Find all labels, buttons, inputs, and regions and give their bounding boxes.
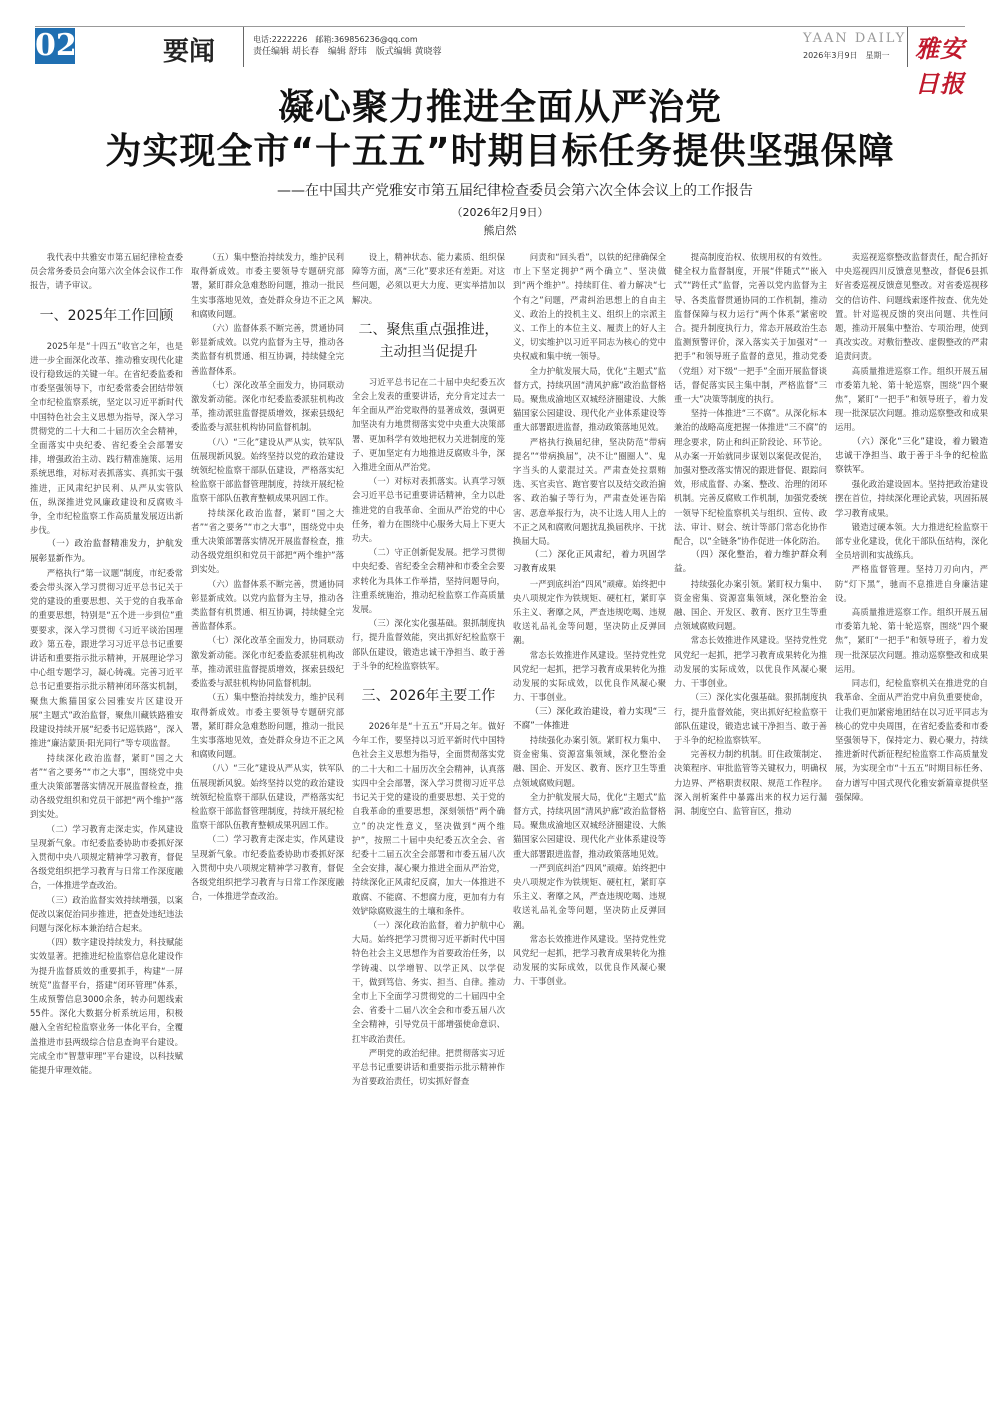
paragraph: 持续强化办案引领。紧盯权力集中、资金密集、资源富集领域，深化整治金融、国企、开发…: [674, 577, 827, 634]
paragraph: 持续深化政治监督，紧盯“国之大者”“省之要务”“市之大事”，围绕党中央重大决策部…: [191, 506, 344, 577]
paragraph: 问责和“回头看”，以铁的纪律确保全市上下坚定拥护“两个确立”、坚决做到“两个维护…: [513, 250, 666, 364]
paragraph: （八）“三化”建设从严从实，铁军队伍展现新风貌。始终坚持以党的政治建设统领纪检监…: [191, 435, 344, 506]
column-4: 问责和“回头看”，以铁的纪律确保全市上下坚定拥护“两个确立”、坚决做到“两个维护…: [513, 250, 666, 1340]
paragraph: 提高制度治权、依规用权的有效性。健全权力监督制度，开展“伴随式”“嵌入式”“跨任…: [674, 250, 827, 406]
paragraph: （八）“三化”建设从严从实，铁军队伍展现新风貌。始终坚持以党的政治建设统领纪检监…: [191, 761, 344, 832]
divider: [907, 27, 908, 67]
section-heading-2: 二、聚焦重点强推进，主动担当促提升: [352, 319, 505, 363]
subsection-heading: （二）深化正风肃纪，着力巩固学习教育成果: [513, 548, 666, 576]
paragraph: 设上，精神状态、能力素质、组织保障等方面，离“三化”要求还有差距。对这些问题，必…: [352, 250, 505, 307]
paragraph: （一）对标对表抓落实。认真学习领会习近平总书记重要讲话精神，全力以赴推进党的自我…: [352, 474, 505, 545]
page-number: 02: [35, 28, 75, 64]
intro-paragraph: 我代表中共雅安市第五届纪律检查委员会常务委员会向第六次全体会议作工作报告，请予审…: [30, 250, 183, 293]
author-byline: 熊启然: [0, 222, 1000, 238]
column-1: 我代表中共雅安市第五届纪律检查委员会常务委员会向第六次全体会议作工作报告，请予审…: [30, 250, 183, 1340]
paragraph: （二）学习教育走深走实，作风建设呈现新气象。市纪委监委协助市委抓好深入贯彻中央八…: [191, 832, 344, 903]
paragraph: 全力护航发展大局，优化“主题式”监督方式，持续巩固“清风护廊”政治监督格局。聚焦…: [513, 364, 666, 435]
paragraph: （三）深化实化强基础。狠抓制度执行，提升监督效能，突出抓好纪检监察干部队伍建设，…: [352, 616, 505, 673]
editors-line: 责任编辑 胡长春 编辑 舒玮 版式编辑 黄晓蓉: [253, 46, 442, 59]
paragraph: 严明党的政治纪律。把贯彻落实习近平总书记重要讲话和重要指示批示精神作为首要政治责…: [352, 1046, 505, 1089]
paragraph: 锻造过硬本领。大力推进纪检监察干部专业化建设，优化干部队伍结构，深化全员培训和实…: [835, 520, 988, 563]
column-5: 提高制度治权、依规用权的有效性。健全权力监督制度，开展“伴随式”“嵌入式”“跨任…: [674, 250, 827, 1340]
paragraph: （一）深化政治监督，着力护航中心大局。始终把学习贯彻习近平新时代中国特色社会主义…: [352, 918, 505, 1046]
subsection-heading: （四）深化整治，着力维护群众利益。: [674, 548, 827, 576]
section-heading-3: 三、2026年主要工作: [352, 685, 505, 707]
paragraph: 严格执行换届纪律，坚决防范“带病提名”“带病换届”，决不让“圈圈人”、鬼字当头的…: [513, 435, 666, 549]
paragraph: 持续深化政治监督，紧盯“国之大者”“省之要务”“市之大事”，围绕党中央重大决策部…: [30, 751, 183, 822]
paragraph: 完善权力制约机制。盯住政策制定、决策程序、审批监管等关键权力，明确权力边界、严格…: [674, 747, 827, 818]
paragraph: 持续强化办案引领。紧盯权力集中、资金密集、资源富集领域，深化整治金融、国企、开发…: [513, 733, 666, 790]
section-title: 要闻: [163, 31, 215, 68]
paragraph: （三）政治监督实效持续增强，以案促改以案促治同步推进，把查处违纪违法问题与深化标…: [30, 893, 183, 936]
masthead: 02 要闻 电话:2222226 邮箱:369856236@qq.com 责任编…: [35, 26, 965, 67]
paper-english-name: YAAN DAILY: [803, 31, 906, 46]
subsection-heading: （六）深化“三化”建设，着力锻造忠诚干净担当、敢于善于斗争的纪检监察铁军。: [835, 435, 988, 478]
paragraph: 常态长效推进作风建设。坚持党性党风党纪一起抓，把学习教育成果转化为推动发展的实际…: [513, 932, 666, 989]
paragraph: 卖巡视巡察整改监督责任，配合抓好中央巡视四川反馈意见整改，督促6县抓好省委巡视反…: [835, 250, 988, 364]
paragraph: 习近平总书记在二十届中央纪委五次全会上发表的重要讲话，充分肯定过去一年全面从严治…: [352, 375, 505, 474]
article-subtitle: ——在中国共产党雅安市第五届纪律检查委员会第六次全体会议上的工作报告: [0, 180, 1000, 200]
report-date: （2026年2月9日）: [0, 204, 1000, 220]
subsection-heading: （一）政治监督精准发力，护航发展彰显新作为。: [30, 537, 183, 565]
paragraph: （二）守正创新促发展。把学习贯彻中央纪委、省纪委全会精神和市委全会要求转化为具体…: [352, 545, 505, 616]
column-2: （五）集中整治持续发力，维护民利取得新成效。市委主要领导专题研究部署，紧盯群众急…: [191, 250, 344, 1340]
closing-paragraph: 同志们，纪检监察机关在推进党的自我革命、全面从严治党中肩负重要使命，让我们更加紧…: [835, 676, 988, 804]
paragraph: （三）深化实化强基础。狠抓制度执行，提升监督效能，突出抓好纪检监察干部队伍建设，…: [674, 690, 827, 747]
contact-line: 电话:2222226 邮箱:369856236@qq.com: [253, 33, 442, 46]
paragraph: （七）深化改革全面发力，协同联动激发新动能。深化市纪委监委派驻机构改革，推动派驻…: [191, 633, 344, 690]
paragraph: 全力护航发展大局，优化“主题式”监督方式，持续巩固“清风护廊”政治监督格局。聚焦…: [513, 790, 666, 861]
paragraph: 坚持一体推进“三不腐”。从深化标本兼治的战略高度把握一体推进“三不腐”的理念要求…: [674, 406, 827, 548]
paragraph: （四）数字建设持续发力，科技赋能实效显著。把推进纪检监察信息化建设作为提升监督质…: [30, 935, 183, 1077]
paragraph: （七）深化改革全面发力，协同联动激发新动能。深化市纪委监委派驻机构改革，推动派驻…: [191, 378, 344, 435]
column-3: 设上，精神状态、能力素质、组织保障等方面，离“三化”要求还有差距。对这些问题，必…: [352, 250, 505, 1340]
paragraph: 严格执行“第一议题”制度，市纪委常委会带头深入学习贯彻习近平总书记关于党的建设的…: [30, 566, 183, 751]
paragraph: 强化政治建设固本。坚持把政治建设摆在首位，持续深化理论武装，巩固拓展学习教育成果…: [835, 477, 988, 520]
contact-info: 电话:2222226 邮箱:369856236@qq.com 责任编辑 胡长春 …: [253, 33, 442, 59]
paragraph: 2026年是“十五五”开局之年。做好今年工作，要坚持以习近平新时代中国特色社会主…: [352, 719, 505, 918]
paragraph: （六）监督体系不断完善，贯通协同彰显新成效。以党内监督为主导，推动各类监督有机贯…: [191, 321, 344, 378]
article-body: 我代表中共雅安市第五届纪律检查委员会常务委员会向第六次全体会议作工作报告，请予审…: [30, 250, 998, 1340]
paragraph: （五）集中整治持续发力，维护民利取得新成效。市委主要领导专题研究部署，紧盯群众急…: [191, 690, 344, 761]
article-headline: 凝心聚力推进全面从严治党 为实现全市“十五五”时期目标任务提供坚强保障: [0, 86, 1000, 174]
paragraph: 常态长效推进作风建设。坚持党性党风党纪一起抓，把学习教育成果转化为推动发展的实际…: [513, 648, 666, 705]
divider: [243, 27, 244, 67]
paragraph: 一严到底纠治“四风”顽瘴。始终把中央八项规定作为铁规矩、硬杠杠，紧盯享乐主义、奢…: [513, 577, 666, 648]
section-heading-1: 一、2025年工作回顾: [30, 305, 183, 327]
paragraph: 常态长效推进作风建设。坚持党性党风党纪一起抓，把学习教育成果转化为推动发展的实际…: [674, 633, 827, 690]
paragraph: 一严到底纠治“四风”顽瘴。始终把中央八项规定作为铁规矩、硬杠杠，紧盯享乐主义、奢…: [513, 861, 666, 932]
paragraph: 2025年是“十四五”收官之年，也是进一步全面深化改革、推动雅安现代化建设行稳致…: [30, 339, 183, 538]
subsection-heading: （三）深化政治建设，着力实现“三不腐”一体推进: [513, 705, 666, 733]
paragraph: （二）学习教育走深走实，作风建设呈现新气象。市纪委监委协助市委抓好深入贯彻中央八…: [30, 822, 183, 893]
paragraph: 高质量推进巡察工作。组织开展五届市委第九轮、第十轮巡察，围绕“四个聚焦”，紧盯“…: [835, 605, 988, 676]
paragraph: 高质量推进巡察工作。组织开展五届市委第九轮、第十轮巡察，围绕“四个聚焦”，紧盯“…: [835, 364, 988, 435]
column-6: 卖巡视巡察整改监督责任，配合抓好中央巡视四川反馈意见整改，督促6县抓好省委巡视反…: [835, 250, 988, 1340]
paragraph: 严格监督管理。坚持刀刃向内，严防“灯下黑”，驰而不息推进自身廉洁建设。: [835, 562, 988, 605]
issue-date: 2026年3月9日 星期一: [803, 50, 890, 61]
headline-line-2: 为实现全市“十五五”时期目标任务提供坚强保障: [0, 130, 1000, 174]
headline-line-1: 凝心聚力推进全面从严治党: [0, 86, 1000, 130]
paragraph: （五）集中整治持续发力，维护民利取得新成效。市委主要领导专题研究部署，紧盯群众急…: [191, 250, 344, 321]
paragraph: （六）监督体系不断完善，贯通协同彰显新成效。以党内监督为主导，推动各类监督有机贯…: [191, 577, 344, 634]
